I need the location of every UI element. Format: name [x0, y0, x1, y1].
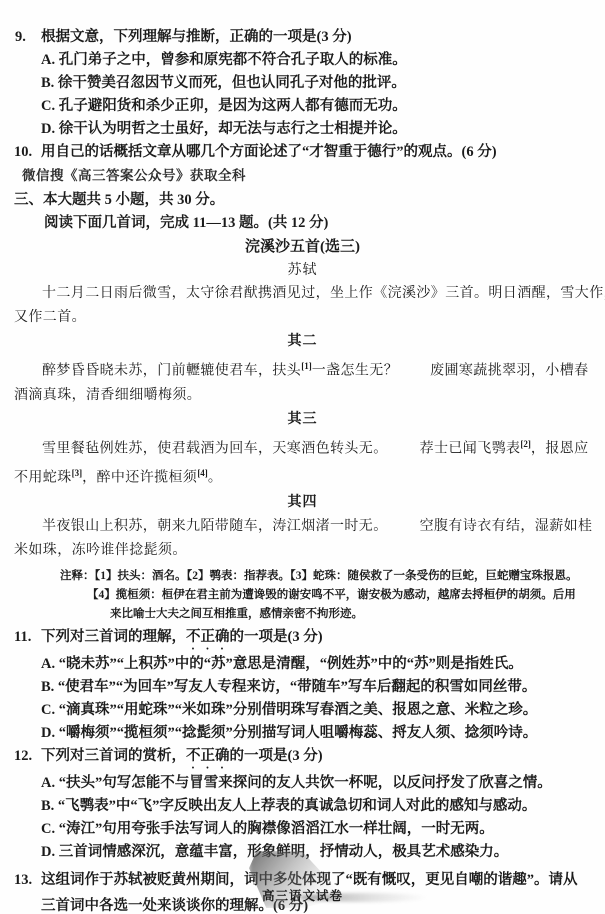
- poem-4-heading: 其四: [14, 491, 591, 515]
- footnote-ref-4: [4]: [197, 468, 208, 478]
- poem-3-text: 不用蛇珠: [14, 471, 72, 486]
- question-12-option-d: D. 三首词情感深沉，意蕴丰富，形象鲜明，抒情动人，极具艺术感染力。: [41, 841, 591, 864]
- poem-3-text: ，醉中还许揽桓须: [82, 471, 197, 486]
- question-9-option-d: D. 徐干认为明哲之士虽好，却无法与志行之士相提并论。: [41, 118, 591, 141]
- question-10-number: 10.: [14, 141, 32, 164]
- exam-page: 9. 根据文意，下列理解与推断，正确的一项是(3 分) A. 孔门弟子之中，曾参…: [0, 0, 605, 914]
- question-11-option-b: B. “使君车”“为回车”写友人专程来访，“带随车”写车后翻起的积雪如同丝带。: [41, 676, 591, 699]
- notes-line-1: 注释：【1】扶头：酒名。【2】鹗表：指荐表。【3】蛇珠：随侯救了一条受伤的巨蛇，…: [60, 567, 591, 586]
- question-12-option-b: B. “飞鹗表”中“飞”字反映出友人上荐表的真诚急切和词人对此的感知与感动。: [41, 795, 591, 818]
- question-12-stem: 下列对三首词的赏析，不正确的一项是(3 分): [41, 748, 323, 764]
- question-12: 12. 下列对三首词的赏析，不正确的一项是(3 分): [14, 745, 591, 772]
- question-11-stem-emphasis: 不正确: [186, 629, 230, 645]
- reading-instruction: 阅读下面几首词，完成 11—13 题。(共 12 分): [44, 212, 591, 235]
- poem-2-heading: 其二: [14, 330, 591, 354]
- poem-3-line-1: 雪里餐毡例姓苏，使君载酒为回车，天寒酒色转头无。荐士已闻飞鹗表[2]，报恩应: [14, 432, 591, 462]
- poem-2-text: 废圃寒蔬挑翠羽，小槽春: [430, 364, 588, 379]
- poem-3-line-2: 不用蛇珠[3]，醉中还许揽桓须[4]。: [14, 461, 591, 491]
- poem-3-heading: 其三: [14, 408, 591, 432]
- poem-2-text: 一盏怎生无？: [312, 364, 398, 379]
- poem-3-text: 。: [208, 471, 222, 486]
- question-9-option-a: A. 孔门弟子之中，曾参和原宪都不符合孔子取人的标准。: [41, 49, 591, 72]
- question-9-stem: 根据文意，下列理解与推断，正确的一项是(3 分): [41, 29, 352, 45]
- question-12-number: 12.: [14, 745, 32, 768]
- footnote-ref-2: [2]: [520, 439, 531, 449]
- question-11-stem: 下列对三首词的理解，不正确的一项是(3 分): [41, 629, 323, 645]
- question-9: 9. 根据文意，下列理解与推断，正确的一项是(3 分): [14, 26, 591, 49]
- poem-preface-line-2: 又作二首。: [14, 306, 591, 330]
- question-12-stem-emphasis: 不正确: [186, 748, 230, 764]
- poem-title: 浣溪沙五首(选三): [14, 235, 591, 259]
- question-12-option-a: A. “扶头”句写怎能不与冒雪来探问的友人共饮一杯呢，以反问抒发了欣喜之情。: [41, 772, 591, 795]
- footnote-ref-1: [1]: [301, 361, 312, 371]
- poem-3-text: 荐士已闻飞鹗表: [420, 441, 521, 456]
- question-10-stem: 用自己的话概括文章从哪几个方面论述了“才智重于德行”的观点。(6 分): [41, 144, 497, 160]
- footnote-ref-3: [3]: [72, 468, 83, 478]
- page-footer-title: 高三语文试卷: [0, 886, 605, 904]
- notes-line-3: 来比喻士大夫之间互相推重，感情亲密不拘形迹。: [110, 605, 591, 624]
- poem-2-text: 醉梦昏昏晓未苏，门前轣辘使君车，扶头: [42, 364, 301, 379]
- poem-2-line-1: 醉梦昏昏晓未苏，门前轣辘使君车，扶头[1]一盏怎生无？废圃寒蔬挑翠羽，小槽春: [14, 354, 591, 384]
- poem-4-line-2: 米如珠，冻吟谁伴捻髭须。: [14, 539, 591, 563]
- question-11-number: 11.: [14, 626, 31, 649]
- poem-4-line-1: 半夜银山上积苏，朝来九陌带随车，涛江烟渚一时无。空腹有诗衣有结，湿薪如桂: [14, 515, 591, 539]
- question-9-number: 9.: [15, 26, 26, 49]
- question-11-option-d: D. “嚼梅须”“揽桓须”“捻髭须”分别描写词人咀嚼梅蕊、捋友人须、捻须吟诗。: [41, 722, 591, 745]
- question-11-option-a: A. “晓未苏”“上积苏”中的“苏”意思是清醒，“例姓苏”中的“苏”则是指姓氏。: [41, 653, 591, 676]
- question-11: 11. 下列对三首词的理解，不正确的一项是(3 分): [14, 626, 591, 653]
- question-12-stem-pre: 下列对三首词的赏析，: [41, 748, 186, 764]
- poem-3-text: ，报恩应: [531, 441, 589, 456]
- poem-preface-line-1: 十二月二日雨后微雪，太守徐君猷携酒见过，坐上作《浣溪沙》三首。明日酒醒，雪大作，: [14, 282, 591, 306]
- poem-3-text: 雪里餐毡例姓苏，使君载酒为回车，天寒酒色转头无。: [42, 441, 388, 456]
- question-10: 10. 用自己的话概括文章从哪几个方面论述了“才智重于德行”的观点。(6 分): [14, 141, 591, 164]
- question-12-stem-post: 的一项是(3 分): [230, 748, 323, 764]
- section-heading: 三、本大题共 5 小题，共 30 分。: [14, 189, 591, 212]
- question-9-option-c: C. 孔子避阳货和杀少正卯，是因为这两人都有德而无功。: [41, 95, 591, 118]
- question-11-stem-post: 的一项是(3 分): [230, 629, 323, 645]
- question-9-option-b: B. 徐干赞美召忽因节义而死，但也认同孔子对他的批评。: [41, 72, 591, 95]
- poem-4-text: 空腹有诗衣有结，湿薪如桂: [420, 519, 593, 534]
- answer-watermark-line: 微信搜《高三答案公众号》获取全科: [22, 164, 591, 187]
- question-12-option-c: C. “涛江”句用夸张手法写词人的胸襟像滔滔江水一样壮阔，一时无两。: [41, 818, 591, 841]
- poem-4-text: 半夜银山上积苏，朝来九陌带随车，涛江烟渚一时无。: [42, 519, 388, 534]
- poem-2-line-2: 酒滴真珠，清香细细嚼梅须。: [14, 384, 591, 408]
- question-11-stem-pre: 下列对三首词的理解，: [41, 629, 186, 645]
- notes-line-2: 【4】揽桓须：桓伊在君主前为遭谗毁的谢安鸣不平，谢安极为感动，越席去捋桓伊的胡须…: [87, 586, 591, 605]
- poem-author: 苏轼: [14, 259, 591, 282]
- question-11-option-c: C. “滴真珠”“用蛇珠”“米如珠”分别借明珠写春酒之美、报恩之意、米粒之珍。: [41, 699, 591, 722]
